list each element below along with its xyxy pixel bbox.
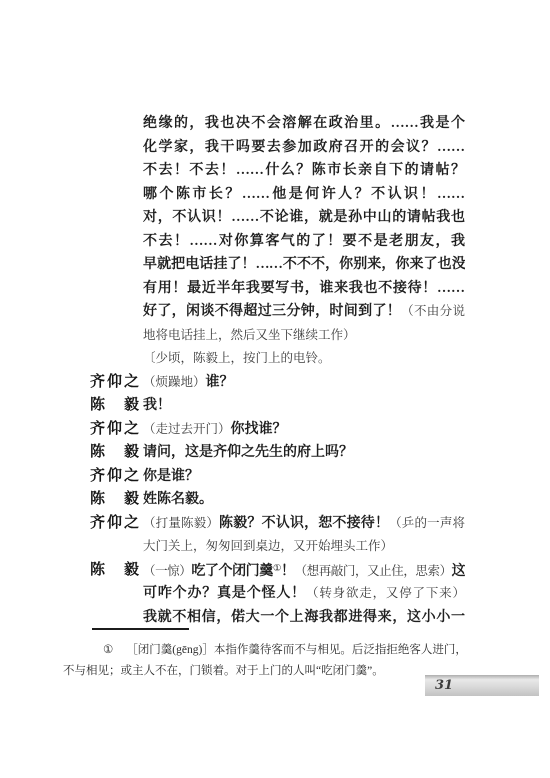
text-column: 绝缘的，我也决不会溶解在政治里。……我是个化学家，我干吗要去参加政府召开的会议？…: [143, 111, 465, 628]
dialogue-text: 你找谁？: [231, 422, 287, 437]
dialogue-text: 我！: [143, 398, 171, 413]
dialogue-text: 我就不相信，偌大一个上海我都进得来，这小小一: [143, 610, 465, 625]
dialogue-text: 吃了个闭门羹: [191, 564, 273, 579]
text-line: 〔少顷，陈毅上，按门上的电铃。: [143, 346, 465, 370]
text-line: 早就把电话挂了！……不不不，你别来，你来了也没: [143, 252, 465, 276]
text-line: 对，不认识！……不论谁，就是孙中山的请帖我也: [143, 205, 465, 229]
dialogue-text: 对，不认识！……不论谁，就是孙中山的请帖我也: [143, 210, 465, 225]
speaker-char: 齐: [90, 417, 105, 441]
dialogue-row: 齐仰之（走过去开门）你找谁？: [143, 417, 465, 441]
text-line: 好了，闲谈不得超过三分钟，时间到了！（不由分说: [143, 299, 465, 323]
footnote-ref-mark: ①: [273, 564, 281, 574]
text-line: （走过去开门）你找谁？: [143, 417, 465, 441]
speaker-char: 陈: [90, 393, 105, 417]
text-line: 我就不相信，偌大一个上海我都进得来，这小小一: [143, 605, 465, 629]
text-line: 哪个陈市长？……他是何许人？不认识！……: [143, 182, 465, 206]
speaker-char: 陈: [90, 487, 105, 511]
speaker-name: 齐仰之: [90, 464, 139, 488]
speaker-char: 之: [124, 417, 139, 441]
text-line: 我！: [143, 393, 465, 417]
speaker-name: 陈毅: [90, 440, 139, 464]
dialogue-text: 好了，闲谈不得超过三分钟，时间到了！: [143, 304, 401, 319]
stage-direction-text: （转身欲走，又停了下来）: [306, 586, 465, 600]
speaker-char: 毅: [124, 393, 139, 417]
dialogue-row: 陈毅请问，这是齐仰之先生的府上吗？: [143, 440, 465, 464]
text-line: （烦躁地）谁？: [143, 370, 465, 394]
dialogue-text: 绝缘的，我也决不会溶解在政治里。……我是个: [143, 116, 465, 131]
footnote-divider: [92, 628, 189, 630]
text-line: 不去！不去！……什么？陈市长亲自下的请帖？: [143, 158, 465, 182]
text-line: 化学家，我干吗要去参加政府召开的会议？……: [143, 135, 465, 159]
speaker-char: 之: [124, 464, 139, 488]
speaker-name: 陈毅: [90, 393, 139, 417]
footnote-text: ［闭门羹(gēng)］本指作羹待客而不与相见。后泛指拒绝客人进门，: [126, 644, 467, 656]
stage-direction-text: 〔少顷，陈毅上，按门上的电铃。: [143, 351, 331, 365]
dialogue-text: 陈毅？不认识，恕不接待！: [219, 516, 389, 531]
page-number-bar: 31: [425, 675, 539, 696]
speaker-char: 齐: [90, 370, 105, 394]
text-line: 大门关上，匆匆回到桌边，又开始埋头工作）: [143, 534, 465, 558]
text-line: 可咋个办？真是个怪人！（转身欲走，又停了下来）: [143, 581, 465, 605]
dialogue-row: 陈毅我！: [143, 393, 465, 417]
dialogue-text: 哪个陈市长？……他是何许人？不认识！……: [143, 187, 465, 202]
speaker-char: 毅: [124, 440, 139, 464]
page-number: 31: [425, 675, 539, 696]
text-line: 地将电话挂上，然后又坐下继续工作）: [143, 323, 465, 347]
speaker-name: 陈毅: [90, 558, 139, 582]
speaker-name: 齐仰之: [90, 417, 139, 441]
dialogue-text: 早就把电话挂了！……不不不，你别来，你来了也没: [143, 257, 465, 272]
speaker-char: 仰: [107, 464, 122, 488]
dialogue-text: 谁？: [206, 375, 234, 390]
stage-direction-text: （打量陈毅）: [143, 516, 219, 530]
speaker-name: 齐仰之: [90, 370, 139, 394]
text-line: 姓陈名毅。: [143, 487, 465, 511]
dialogue-text: 请问，这是齐仰之先生的府上吗？: [143, 445, 353, 460]
speaker-char: 之: [124, 511, 139, 535]
speaker-char: 齐: [90, 464, 105, 488]
text-line: 绝缘的，我也决不会溶解在政治里。……我是个: [143, 111, 465, 135]
stage-direction-text: （一惊）: [143, 564, 191, 578]
speaker-char: 仰: [107, 370, 122, 394]
dialogue-text: 不去！……对你算客气的了！要不是老朋友，我: [143, 234, 465, 249]
text-line: 不去！……对你算客气的了！要不是老朋友，我: [143, 229, 465, 253]
stage-direction-text: 地将电话挂上，然后又坐下继续工作）: [143, 328, 356, 342]
stage-direction-text: （乒的一声将: [389, 516, 465, 530]
footnote-line: ①［闭门羹(gēng)］本指作羹待客而不与相见。后泛指拒绝客人进门，: [63, 640, 488, 661]
dialogue-row: 陈毅姓陈名毅。: [143, 487, 465, 511]
dialogue-row: 齐仰之（烦躁地）谁？: [143, 370, 465, 394]
dialogue-row: 齐仰之你是谁？: [143, 464, 465, 488]
dialogue-text: 不去！不去！……什么？陈市长亲自下的请帖？: [143, 163, 465, 178]
text-line: 请问，这是齐仰之先生的府上吗？: [143, 440, 465, 464]
speaker-name: 齐仰之: [90, 511, 139, 535]
dialogue-text: 这: [452, 564, 465, 579]
dialogue-text: 有用！最近半年我要写书，谁来我也不接待！……: [143, 281, 465, 296]
text-line: （一惊）吃了个闭门羹①！（想再敲门，又止住，思索）这: [143, 558, 465, 582]
dialogue-text: 你是谁？: [143, 469, 199, 484]
stage-direction-text: （走过去开门）: [143, 422, 231, 436]
speaker-char: 仰: [107, 417, 122, 441]
footnote-number-mark: ①: [103, 644, 113, 656]
text-line: （打量陈毅）陈毅？不认识，恕不接待！（乒的一声将: [143, 511, 465, 535]
book-page: 绝缘的，我也决不会溶解在政治里。……我是个化学家，我干吗要去参加政府召开的会议？…: [0, 0, 550, 778]
speaker-char: 毅: [124, 487, 139, 511]
dialogue-row: 齐仰之（打量陈毅）陈毅？不认识，恕不接待！（乒的一声将大门关上，匆匆回到桌边，又…: [143, 511, 465, 558]
speaker-name: 陈毅: [90, 487, 139, 511]
stage-direction-text: （想再敲门，又止住，思索）: [295, 564, 452, 578]
dialogue-text: 化学家，我干吗要去参加政府召开的会议？……: [143, 140, 465, 155]
dialogue-text: ！: [281, 564, 295, 579]
speaker-char: 仰: [107, 511, 122, 535]
dialogue-text: 可咋个办？真是个怪人！: [143, 586, 306, 601]
speaker-char: 毅: [124, 558, 139, 582]
dialogue-row: 陈毅（一惊）吃了个闭门羹①！（想再敲门，又止住，思索）这可咋个办？真是个怪人！（…: [143, 558, 465, 629]
text-line: 有用！最近半年我要写书，谁来我也不接待！……: [143, 276, 465, 300]
speaker-char: 陈: [90, 558, 105, 582]
stage-direction-text: （烦躁地）: [143, 375, 206, 389]
speaker-char: 陈: [90, 440, 105, 464]
speaker-char: 齐: [90, 511, 105, 535]
dialogue-text: 姓陈名毅。: [143, 492, 213, 507]
stage-direction-text: 大门关上，匆匆回到桌边，又开始埋头工作）: [143, 539, 393, 553]
stage-direction-text: （不由分说: [401, 304, 465, 318]
text-line: 你是谁？: [143, 464, 465, 488]
speaker-char: 之: [124, 370, 139, 394]
